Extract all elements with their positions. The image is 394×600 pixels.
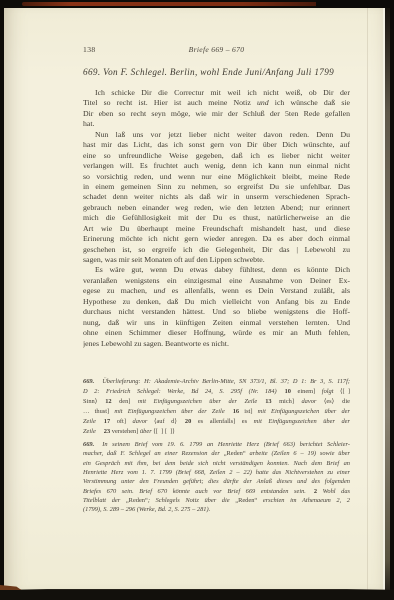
apparatus-line: … thust] mit Einfügungszeichen über der … xyxy=(83,407,350,417)
text-run: ist] xyxy=(239,408,258,415)
letter-line: 25jenes Lebewohl zu sagen. Beantworte es… xyxy=(83,339,350,349)
text-run: den] xyxy=(112,398,138,405)
letter-line: Titel so recht ist. Hier ist auch meine … xyxy=(83,98,350,108)
text-run: oft] xyxy=(110,418,132,425)
text-run: Art wie Du überhaupt meine Freundschaft … xyxy=(83,224,350,233)
letter-line: 15Erinerung möchte ich nicht gern wieder… xyxy=(83,234,350,244)
text-run: Zeile xyxy=(83,418,96,425)
text-run: Zeile xyxy=(83,428,96,435)
letter-line: eine so unfreundliche Weise gegeben, daß… xyxy=(83,151,350,161)
letter-line: geschehen ist, so ergreife ich die Geleg… xyxy=(83,245,350,255)
letter-line: nung, daß wir uns in künftigen Zeiten ei… xyxy=(83,318,350,328)
text-run: ⟨[ ] xyxy=(334,388,350,395)
text-run: Briefes 670 sein. Brief 670 könnte auch … xyxy=(83,488,306,495)
text-run: schadet denn weiter nichts als daß wir i… xyxy=(83,192,350,201)
text-run: Hypothese zu denken, daß Du mich viellei… xyxy=(83,297,350,306)
text-run: verlangen will. Es fruchtet auch wenig, … xyxy=(83,161,350,170)
book-spine-red-edge xyxy=(22,2,338,6)
apparatus-line: 669.Überlieferung: H: Akademie-Archiv Be… xyxy=(83,377,350,387)
text-run: eine so unfreundliche Weise gegeben, daß… xyxy=(83,151,350,160)
text-run: Überlieferung: H: Akademie-Archiv Berlin… xyxy=(102,378,350,385)
text-run: und xyxy=(154,286,166,295)
text-run: davor xyxy=(301,398,316,405)
text-run: gebrauch neben einander weg reden, wie d… xyxy=(83,203,350,212)
text-run: 669. xyxy=(83,441,94,448)
apparatus-line: D 2: Friedrich Schlegel: Werke, Bd 24, S… xyxy=(83,387,350,397)
text-run: egese zu machen, xyxy=(83,286,154,295)
text-run: folgt xyxy=(322,388,334,395)
book-bottom-edge xyxy=(0,590,394,600)
commentary-line: Henriette Herz vom 1. 7. 1799 (Brief 668… xyxy=(83,468,350,477)
text-run: Titel so recht ist. Hier ist auch meine … xyxy=(83,98,257,107)
apparatus-line: Zeile23 verstehen] über ⟨[ ] [ ]⟩ xyxy=(83,427,350,437)
apparatus-line: Sinn⟩12 den] mit Einfügungszeichen über … xyxy=(83,397,350,407)
text-run: veranlaßen wenigstens ein einzigesmal ei… xyxy=(83,276,350,285)
letter-line: gebrauch neben einander weg reden, wie d… xyxy=(83,203,350,213)
text-run: „Reden“ xyxy=(126,497,148,504)
commentary-line: Briefes 670 sein. Brief 670 könnte auch … xyxy=(83,487,350,496)
letter-line: durchaus nicht verstanden hättest. Und s… xyxy=(83,307,350,317)
letter-body: Ich schicke Dir die Correctur mit weil i… xyxy=(83,88,350,349)
text-run: erschien im Athenaeum 2, 2 xyxy=(257,497,350,504)
text-run: geschehen ist, so ergreife ich die Geleg… xyxy=(83,245,350,254)
text-run: verstehen] xyxy=(110,428,140,435)
letter-line: 20egese zu machen, und es allenfalls, we… xyxy=(83,286,350,296)
text-run: Titelblatt der xyxy=(83,497,126,504)
text-run: mich] xyxy=(272,398,302,405)
letter-line: 5Nun laß uns vor jetzt lieber nicht weit… xyxy=(83,130,350,140)
letter-line: hast mir das Licht, das ich sonst gern v… xyxy=(83,140,350,150)
commentary-line: 669.In seinem Brief vom 19. 6. 1799 an H… xyxy=(83,440,350,449)
text-run: hast mir das Licht, das ich sonst gern v… xyxy=(83,140,350,149)
letter-line: Ich schicke Dir die Correctur mit weil i… xyxy=(83,88,350,98)
page-number: 138 xyxy=(83,45,96,54)
text-run: hat. xyxy=(83,119,94,128)
text-run: Dir eben so recht seyn möge, wie mir der… xyxy=(83,109,350,118)
letter-line: hat. xyxy=(83,119,350,129)
text-run: mit Einfügungszeichen über der Zeile xyxy=(114,408,224,415)
text-run: mich die Gefühllosigkeit mit der Du es t… xyxy=(83,213,350,222)
letter-line: so vorsichtig reden, und wenn nur eine M… xyxy=(83,172,350,182)
text-run: arbeite (Zeilen 6 – 19) sowie über xyxy=(246,450,350,457)
text-run: in einem gemeinen Sinn zu nehmen, so erg… xyxy=(83,182,350,191)
text-run: nung, daß wir uns in künftigen Zeiten ei… xyxy=(83,318,350,327)
text-run: „Reden“ xyxy=(235,497,257,504)
letter-line: ohne einen Schimmer dieser Hoffnung, wür… xyxy=(83,328,350,338)
text-run: jenes Lebewohl zu sagen. Beantworte es n… xyxy=(83,339,229,348)
text-run: ⟨[ ] [ ]⟩ xyxy=(152,428,175,435)
text-run: es allenfalls] es xyxy=(191,418,253,425)
commentary-line: (1799), S. 289 – 296 (Werke, Bd. 2, S. 2… xyxy=(83,505,350,514)
text-run: ⟨es⟩ xyxy=(316,398,334,405)
text-run: mit Einfügungszeichen über der Zeile xyxy=(138,398,257,405)
letter-line: sagen, was mir seit Monaten oft auf den … xyxy=(83,255,350,265)
apparatus-block: 669.Überlieferung: H: Akademie-Archiv Be… xyxy=(83,377,350,437)
text-run: Nun laß uns vor jetzt lieber nicht weite… xyxy=(95,130,350,139)
text-run: ein Gespräch mit ihm, bei dem beide sich… xyxy=(83,460,350,467)
text-run: über xyxy=(140,428,152,435)
letter-line: 10in einem gemeinen Sinn zu nehmen, so e… xyxy=(83,182,350,192)
text-run: Es wäre gut, wenn Du etwas dabey fühltes… xyxy=(95,265,350,274)
commentary-line: macher, daß F. Schlegel an einer Rezensi… xyxy=(83,449,350,458)
page-crease xyxy=(367,8,368,590)
letter-line: schadet denn weiter nichts als daß wir i… xyxy=(83,192,350,202)
commentary-line: Verstimmung unter den Freunden geführt; … xyxy=(83,477,350,486)
text-run: einem] xyxy=(291,388,322,395)
text-run: Sinn⟩ xyxy=(83,398,97,405)
letter-line: verlangen will. Es fruchtet auch wenig, … xyxy=(83,161,350,171)
text-run: macher, daß F. Schlegel an einer Rezensi… xyxy=(83,450,224,457)
text-run: davor xyxy=(133,418,148,425)
text-run: ich wünsche daß sie xyxy=(269,98,350,107)
letter-line: Art wie Du überhaupt meine Freundschaft … xyxy=(83,224,350,234)
text-run: es allenfalls, wenn es Dein Verstand zul… xyxy=(165,286,350,295)
text-run: ohne einen Schimmer dieser Hoffnung, wür… xyxy=(83,328,350,337)
text-run: so vorsichtig reden, und wenn nur eine M… xyxy=(83,172,350,181)
text-run: Ich schicke Dir die Correctur mit weil i… xyxy=(95,88,350,97)
text-run: mit Einfügungszeichen über der xyxy=(254,418,350,425)
text-run: die xyxy=(342,398,350,405)
text-run: durchaus nicht verstanden hättest. Und s… xyxy=(83,307,350,316)
text-run: … thust] xyxy=(83,408,114,415)
book-page: 138 Briefe 669 – 670 669. Von F. Schlege… xyxy=(4,8,390,590)
page-header: 138 Briefe 669 – 670 xyxy=(83,45,350,54)
text-run: Wohl das xyxy=(317,488,350,495)
letter-line: mich die Gefühllosigkeit mit der Du es t… xyxy=(83,213,350,223)
text-run: mit Einfügungszeichen über der xyxy=(258,408,350,415)
text-run: (1799), S. 289 – 296 (Werke, Bd. 2, S. 2… xyxy=(83,506,210,513)
text-run: Erinerung möchte ich nicht gern wieder a… xyxy=(83,234,350,243)
text-run: und xyxy=(257,98,269,107)
commentary-line: ein Gespräch mit ihm, bei dem beide sich… xyxy=(83,459,350,468)
text-run: D 2: Friedrich Schlegel: Werke, Bd 24, S… xyxy=(83,388,277,395)
text-run: ; Schlegels Notiz über die xyxy=(148,497,235,504)
text-run: 669. xyxy=(83,378,94,385)
text-run: „Reden“ xyxy=(224,450,246,457)
letter-line: Es wäre gut, wenn Du etwas dabey fühltes… xyxy=(83,265,350,275)
page-edge xyxy=(385,8,390,590)
text-run: Henriette Herz vom 1. 7. 1799 (Brief 668… xyxy=(83,469,350,476)
letter-heading: 669. Von F. Schlegel. Berlin, wohl Ende … xyxy=(83,67,355,77)
commentary-line: Titelblatt der „Reden“; Schlegels Notiz … xyxy=(83,496,350,505)
letter-line: Hypothese zu denken, daß Du mich viellei… xyxy=(83,297,350,307)
text-run: In seinem Brief vom 19. 6. 1799 an Henri… xyxy=(102,441,350,448)
commentary-block: 669.In seinem Brief vom 19. 6. 1799 an H… xyxy=(83,440,350,515)
text-run: Verstimmung unter den Freunden geführt; … xyxy=(83,478,350,485)
running-head: Briefe 669 – 670 xyxy=(83,45,350,54)
letter-line: veranlaßen wenigstens ein einzigesmal ei… xyxy=(83,276,350,286)
text-run: sagen, was mir seit Monaten oft auf den … xyxy=(83,255,265,264)
letter-line: Dir eben so recht seyn möge, wie mir der… xyxy=(83,109,350,119)
apparatus-line: Zeile17 oft] davor ⟨auf d⟩20 es allenfal… xyxy=(83,417,350,427)
text-run: ⟨auf d⟩ xyxy=(147,418,176,425)
book-scan: 138 Briefe 669 – 670 669. Von F. Schlege… xyxy=(0,0,394,600)
